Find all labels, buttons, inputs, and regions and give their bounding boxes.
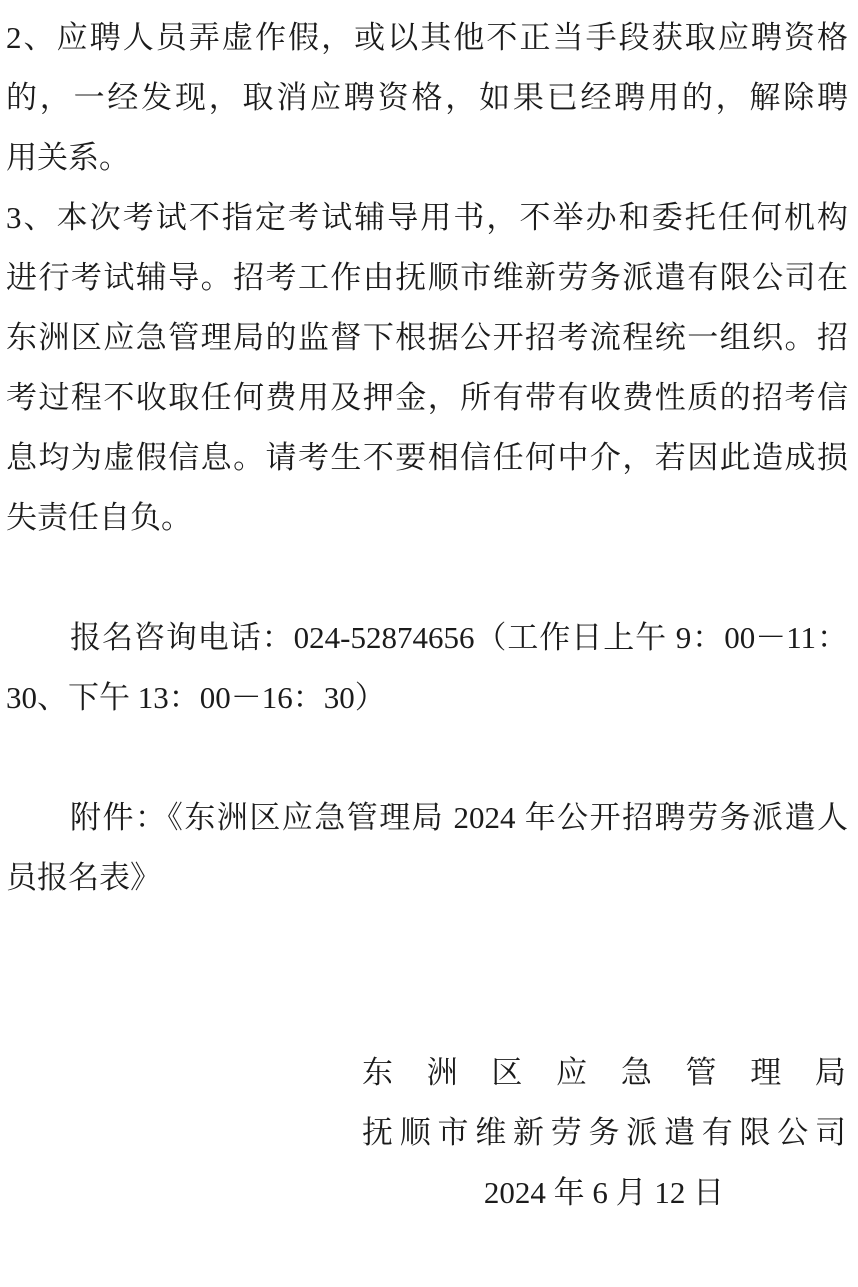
document-page: 2、应聘人员弄虚作假，或以其他不正当手段获取应聘资格 的，一经发现，取消应聘资格… — [0, 0, 858, 1287]
clause-3-line-2: 进行考试辅导。招考工作由抚顺市维新劳务派遣有限公司在 — [6, 248, 848, 308]
contact-phone-line-1: 报名咨询电话：024-52874656（工作日上午 9：00－11： — [6, 608, 848, 668]
signature-company: 抚顺市维新劳务派遣有限公司 — [362, 1103, 846, 1163]
clause-3-line-3: 东洲区应急管理局的监督下根据公开招考流程统一组织。招 — [6, 308, 848, 368]
clause-3-line-6: 失责任自负。 — [6, 488, 848, 548]
clause-2-line-1: 2、应聘人员弄虚作假，或以其他不正当手段获取应聘资格 — [6, 8, 848, 68]
signature-date: 2024 年 6 月 12 日 — [362, 1163, 846, 1223]
clause-3-line-5: 息均为虚假信息。请考生不要相信任何中介，若因此造成损 — [6, 428, 848, 488]
clause-2-line-3: 用关系。 — [6, 128, 848, 188]
signature-block: 东洲区应急管理局 抚顺市维新劳务派遣有限公司 2024 年 6 月 12 日 — [362, 1043, 846, 1223]
attachment-line-2: 员报名表》 — [6, 848, 848, 908]
attachment-line-1: 附件：《东洲区应急管理局 2024 年公开招聘劳务派遣人 — [6, 788, 848, 848]
clause-2-line-2: 的，一经发现，取消应聘资格，如果已经聘用的，解除聘 — [6, 68, 848, 128]
signature-department: 东洲区应急管理局 — [362, 1043, 846, 1103]
contact-phone-line-2: 30、下午 13：00－16：30） — [6, 668, 848, 728]
clause-3-line-1: 3、本次考试不指定考试辅导用书，不举办和委托任何机构 — [6, 188, 848, 248]
clause-3-line-4: 考过程不收取任何费用及押金，所有带有收费性质的招考信 — [6, 368, 848, 428]
